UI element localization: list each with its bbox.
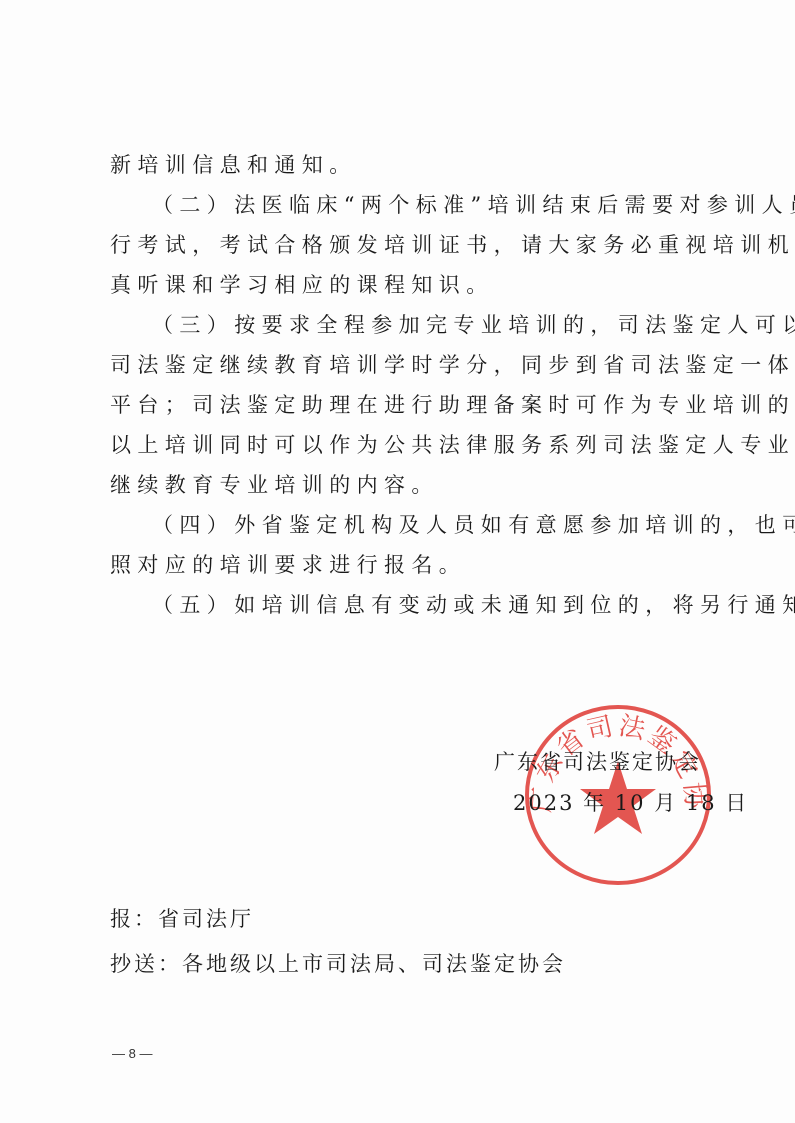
paragraph-line: 真听课和学习相应的课程知识。 [110,271,700,299]
paragraph-line: （四）外省鉴定机构及人员如有意愿参加培训的，也可以按 [152,511,700,539]
paragraph-line: 行考试，考试合格颁发培训证书，请大家务必重视培训机会，认 [110,231,700,259]
copy-to-line: 抄送：各地级以上市司法局、司法鉴定协会 [110,950,566,978]
document-page: 新培训信息和通知。 （二）法医临床“两个标准”培训结束后需要对参训人员进 行考试… [0,0,795,1123]
signature-date: 2023 年 10 月 18 日 [513,789,748,817]
paragraph-line: 照对应的培训要求进行报名。 [110,551,700,579]
paragraph-line: 司法鉴定继续教育培训学时学分，同步到省司法鉴定一体化管理 [110,351,700,379]
paragraph-line: 平台；司法鉴定助理在进行助理备案时可作为专业培训的依据； [110,391,700,419]
paragraph-line: （三）按要求全程参加完专业培训的，司法鉴定人可以获得 [152,311,700,339]
report-to-line: 报：省司法厅 [110,905,254,933]
page-number: — 8 — [112,1046,152,1061]
signature-organization: 广东省司法鉴定协会 [494,748,701,776]
paragraph-line: （二）法医临床“两个标准”培训结束后需要对参训人员进 [152,191,700,219]
paragraph-line: 新培训信息和通知。 [110,151,700,179]
paragraph-line: 继续教育专业培训的内容。 [110,471,700,499]
paragraph-line: （五）如培训信息有变动或未通知到位的，将另行通知。 [152,591,700,619]
paragraph-line: 以上培训同时可以作为公共法律服务系列司法鉴定人专业职称 [110,431,700,459]
